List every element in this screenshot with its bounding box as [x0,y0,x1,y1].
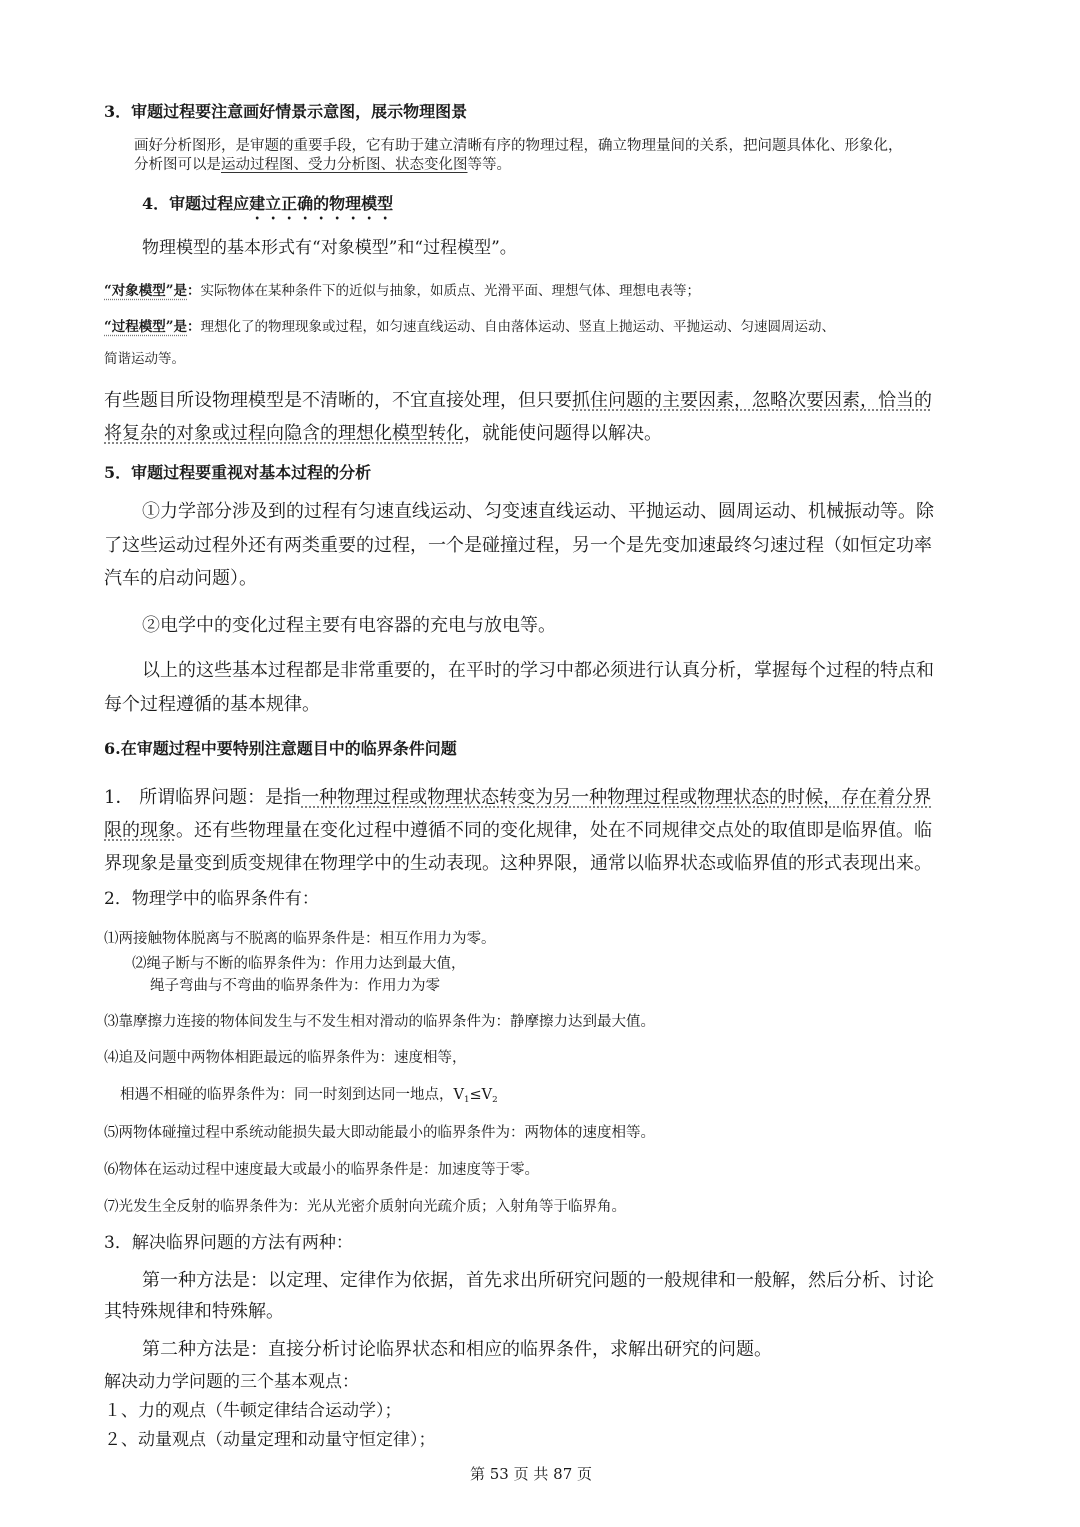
section-5-p1-line3: 汽车的启动问题）。 [104,570,257,588]
section-5-p1-line1: ①力学部分涉及到的过程有匀速直线运动、匀变速直线运动、平抛运动、圆周运动、机械振… [142,503,934,521]
condition-3: ⑶靠摩擦力连接的物体间发生与不发生相对滑动的临界条件为：静摩擦力达到最大值。 [104,1015,655,1030]
condition-4a: ⑷追及问题中两物体相距最远的临界条件为：速度相等， [104,1051,467,1066]
section-5-p3-line2: 每个过程遵循的基本规律。 [104,696,320,714]
method-2: 第二种方法是：直接分析讨论临界状态和相应的临界条件，求解出研究的问题。 [142,1341,772,1359]
section-4-para-line1: 有些题目所设物理模型是不清晰的，不宜直接处理，但只要抓住问题的主要因素，忽略次要… [104,392,932,410]
document-page: 3．审题过程要注意画好情景示意图，展示物理图景 画好分析图形，是审题的重要手段，… [0,0,1080,1527]
section-3-para-line2: 分析图可以是运动过程图、受力分析图、状态变化图等等。 [134,158,511,173]
section-6-item2-heading: 2．物理学中的临界条件有： [104,891,319,908]
dynamics-heading: 解决动力学问题的三个基本观点： [104,1374,359,1391]
section-5-p2: ②电学中的变化过程主要有电容器的充电与放电等。 [142,617,556,635]
condition-2b: 绳子弯曲与不弯曲的临界条件为：作用力为零 [150,979,440,994]
process-model-definition: “过程模型”是：理想化了的物理现象或过程，如匀速直线运动、自由落体运动、竖直上抛… [104,321,835,335]
dynamics-point-2: ２、动量观点（动量定理和动量守恒定律）； [104,1432,436,1449]
section-5-heading: 5．审题过程要重视对基本过程的分析 [104,465,371,481]
section-6-heading: 6.在审题过程中要特别注意题目中的临界条件问题 [104,741,457,757]
emphasized-phrase: 建立正确的物理模型 [249,194,393,213]
method-1-line1: 第一种方法是：以定理、定律作为依据，首先求出所研究问题的一般规律和一般解，然后分… [142,1272,934,1290]
process-model-definition-cont: 简谐运动等。 [104,353,185,367]
section-3-para-line1: 画好分析图形，是审题的重要手段，它有助于建立清晰有序的物理过程，确立物理量间的关… [134,139,903,154]
condition-2a: ⑵绳子断与不断的临界条件为：作用力达到最大值， [132,957,466,972]
object-model-definition: “对象模型”是：实际物体在某种条件下的近似与抽象，如质点、光滑平面、理想气体、理… [104,285,700,299]
analysis-diagram-types: 运动过程图、受力分析图、状态变化图 [221,157,468,173]
section-6-item1-line2: 限的现象。还有些物理量在变化过程中遵循不同的变化规律，处在不同规律交点处的取值即… [104,822,932,840]
section-3-heading: 3．审题过程要注意画好情景示意图，展示物理图景 [104,104,467,120]
condition-1: ⑴两接触物体脱离与不脱离的临界条件是：相互作用力为零。 [104,932,496,947]
section-4-heading: 4．审题过程应建立正确的物理模型 [142,194,393,223]
condition-7: ⑺光发生全反射的临界条件为：光从光密介质射向光疏介质；入射角等于临界角。 [104,1200,626,1215]
section-5-p1-line2: 了这些运动过程外还有两类重要的过程，一个是碰撞过程，另一个是先变加速最终匀速过程… [104,537,932,555]
section-4-intro: 物理模型的基本形式有“对象模型”和“过程模型”。 [142,240,517,257]
section-6-item1-line3: 界现象是量变到质变规律在物理学中的生动表现。这种界限，通常以临界状态或临界值的形… [104,855,932,873]
process-model-label: “过程模型”是 [104,319,187,335]
condition-5: ⑸两物体碰撞过程中系统动能损失最大即动能最小的临界条件为：两物体的速度相等。 [104,1126,655,1141]
section-5-p3-line1: 以上的这些基本过程都是非常重要的，在平时的学习中都必须进行认真分析，掌握每个过程… [142,662,934,680]
method-1-line2: 其特殊规律和特殊解。 [104,1303,284,1321]
condition-4b: 相遇不相碰的临界条件为：同一时刻到达同一地点，V1≤V2 [120,1088,498,1105]
object-model-label: “对象模型”是 [104,283,187,299]
dynamics-point-1: １、力的观点（牛顿定律结合运动学）； [104,1403,402,1420]
section-4-para-line2: 将复杂的对象或过程向隐含的理想化模型转化，就能使问题得以解决。 [104,425,662,443]
page-number-footer: 第 53 页 共 87 页 [470,1467,592,1482]
section-6-item3-heading: 3．解决临界问题的方法有两种： [104,1235,353,1252]
condition-6: ⑹物体在运动过程中速度最大或最小的临界条件是：加速度等于零。 [104,1163,539,1178]
section-6-item1-line1: 1． 所谓临界问题：是指一种物理过程或物理状态转变为另一种物理过程或物理状态的时… [104,789,931,807]
